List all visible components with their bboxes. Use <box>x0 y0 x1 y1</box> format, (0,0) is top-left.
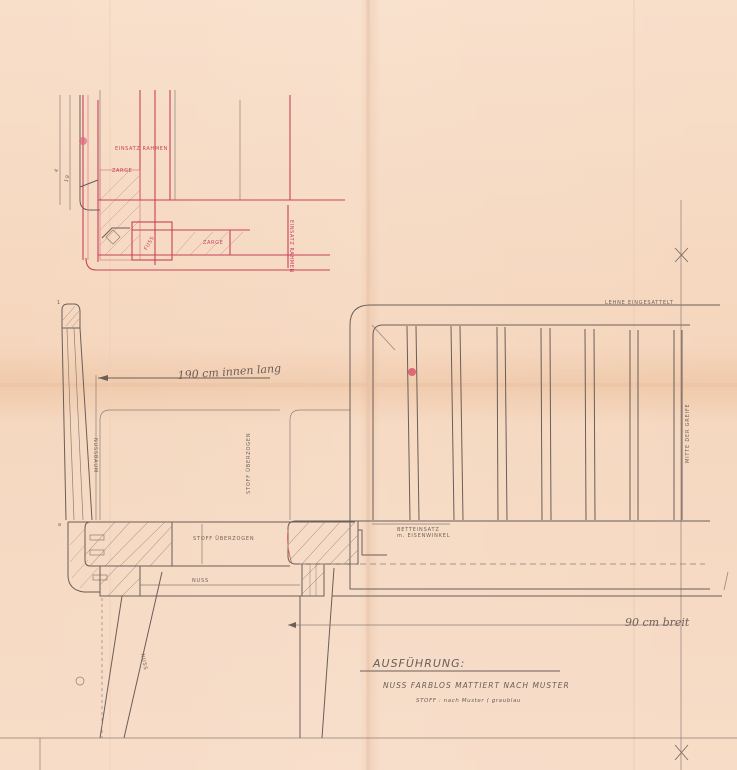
label-lehne: LEHNE EINGESATTELT <box>605 300 674 306</box>
register-cross-top <box>675 248 688 262</box>
notes-line-2: STOFF : nach Muster ( graublau <box>416 698 521 704</box>
label-einsatz-rahmen: EINSATZ RAHMEN <box>115 146 168 152</box>
label-zarge-mid: ZARGE <box>203 240 223 246</box>
dim-mark-4: 4 <box>53 167 60 173</box>
notes-line-1: NUSS FARBLOS MATTIERT NACH MUSTER <box>383 681 570 690</box>
label-fuss: FUSS <box>143 235 156 251</box>
red-marker-dot <box>408 368 416 376</box>
label-zarge-top: ZARGE <box>112 168 132 174</box>
label-stoff-vertical: STOFF ÜBERZOGEN <box>245 433 252 494</box>
notes-heading: AUSFÜHRUNG: <box>372 657 465 670</box>
length-dimension: 190 cm innen lang <box>177 362 281 382</box>
execution-notes: AUSFÜHRUNG: NUSS FARBLOS MATTIERT NACH M… <box>360 657 570 704</box>
label-nuss-rail: NUSS <box>192 578 209 584</box>
technical-drawing: EINSATZ RAHMEN ZARGE FUSS ZARGE EINSATZ … <box>0 0 737 770</box>
label-einsatz-rahmen-vertical: EINSATZ RAHMEN <box>288 220 294 273</box>
label-bettkasten-sub: m. EISENWINKEL <box>397 533 450 539</box>
mark-bottom: a <box>58 522 62 528</box>
mark-top: 1 <box>57 300 61 306</box>
paper-folds <box>0 0 737 770</box>
dim-mark-19: 19 <box>63 174 71 184</box>
back-slats <box>407 326 682 520</box>
label-mitte: MITTE DER GREIFE <box>685 404 691 463</box>
corner-plan-detail: EINSATZ RAHMEN ZARGE FUSS ZARGE EINSATZ … <box>53 90 345 273</box>
drawing-sheet: EINSATZ RAHMEN ZARGE FUSS ZARGE EINSATZ … <box>0 0 737 770</box>
label-stoff-left: STOFF ÜBERZOGEN <box>193 535 254 542</box>
width-dimension: 90 cm breit <box>625 616 690 629</box>
side-elevation: NUSSBAUM 1 a 190 cm innen lang <box>57 300 355 738</box>
register-cross-bottom <box>675 745 688 760</box>
label-armrest: NUSSBAUM <box>92 438 98 473</box>
